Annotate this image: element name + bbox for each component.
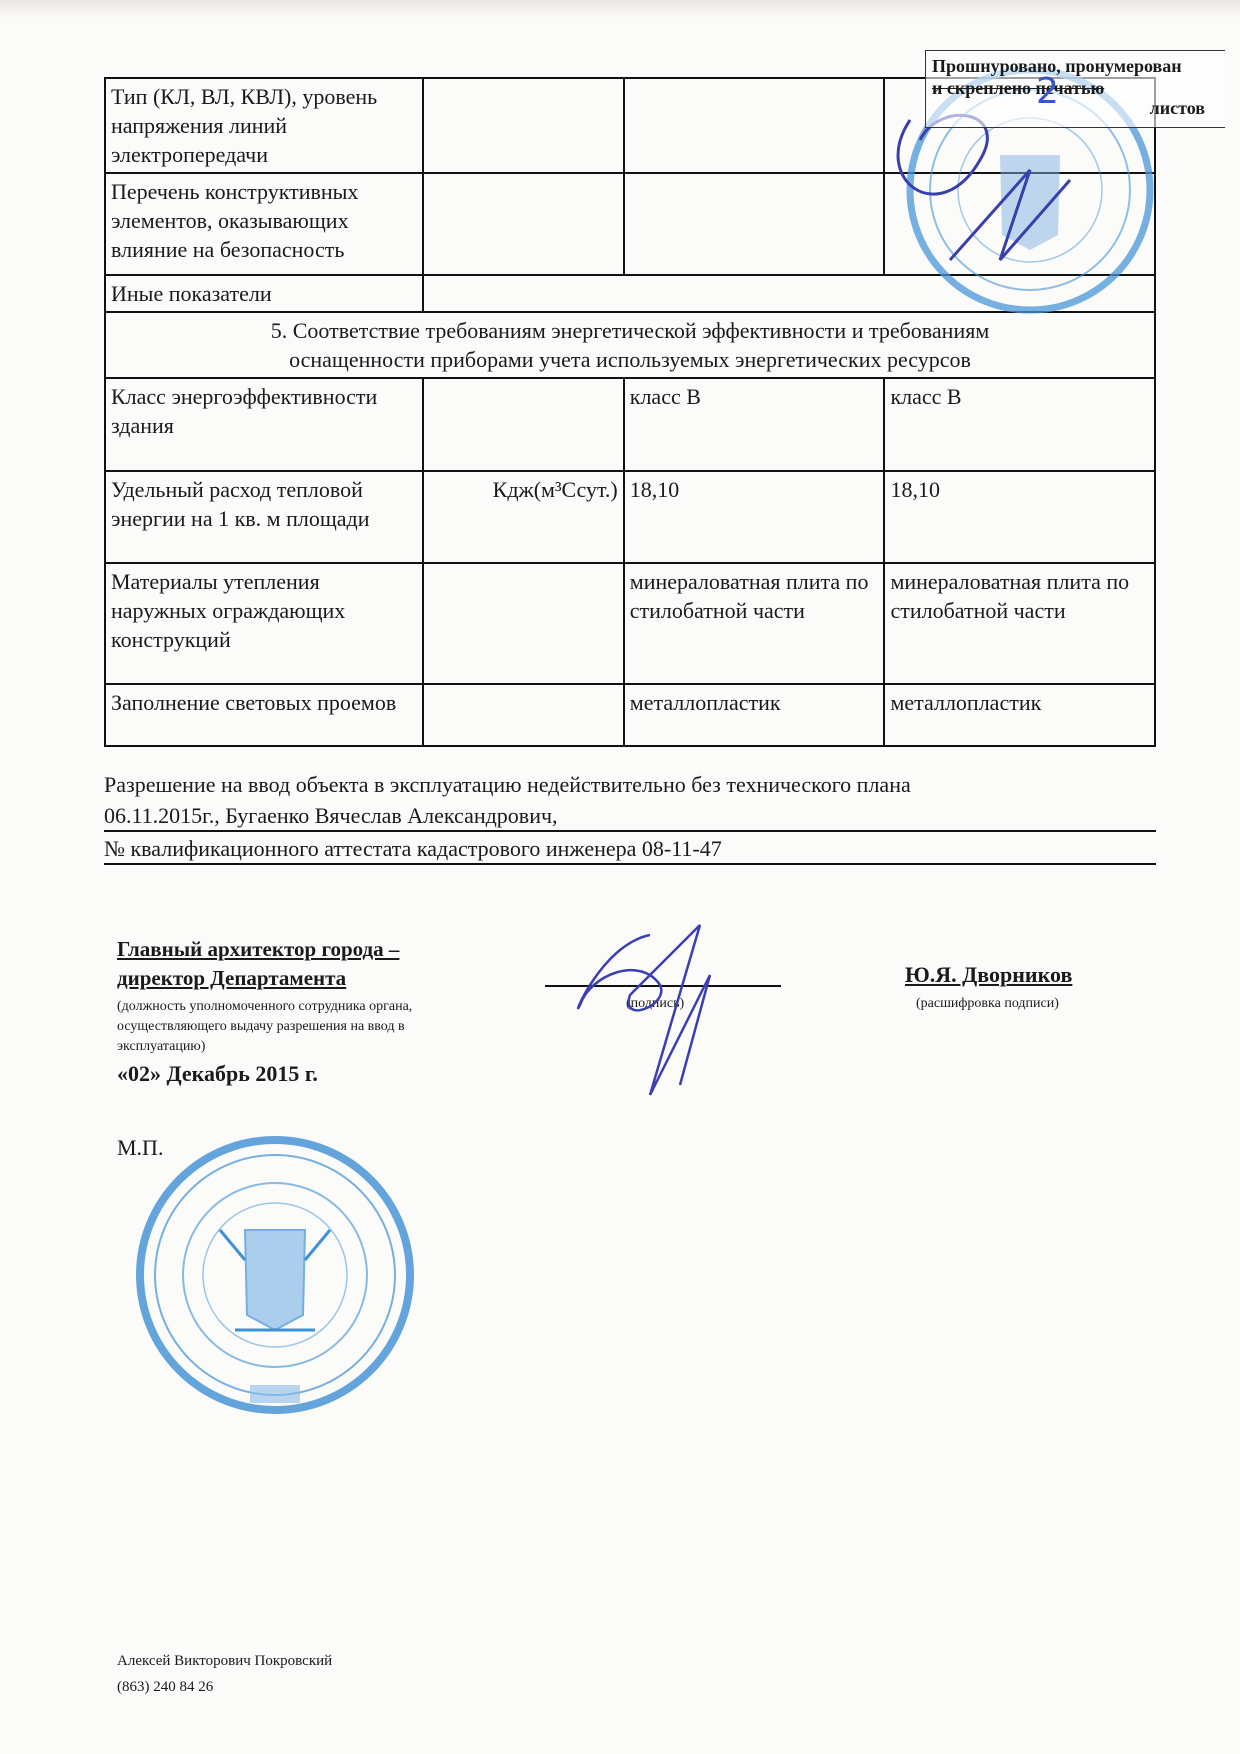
row-project <box>624 173 885 275</box>
row-label: Класс энергоэффективности здания <box>105 378 423 471</box>
row-label: Тип (КЛ, ВЛ, КВЛ), уровень напряжения ли… <box>105 78 423 173</box>
position-caption: (должность уполномоченного сотрудника ор… <box>117 997 447 1057</box>
row-label: Заполнение световых проемов <box>105 684 423 746</box>
row-unit <box>423 78 624 173</box>
row-actual: класс В <box>884 378 1155 471</box>
row-actual: металлопластик <box>884 684 1155 746</box>
signatory-caption: (расшифровка подписи) <box>916 996 1059 1012</box>
position-line1: Главный архитектор города – <box>117 935 447 964</box>
issue-date: «02» Декабрь 2015 г. <box>117 1061 447 1087</box>
official-position: Главный архитектор города – директор Деп… <box>117 935 447 1087</box>
note-certificate: № квалификационного аттестата кадастрово… <box>104 832 1156 865</box>
row-project <box>624 78 885 173</box>
row-project: класс В <box>624 378 885 471</box>
row-label: Удельный расход тепловой энергии на 1 кв… <box>105 471 423 563</box>
row-actual: минераловатная плита по стилобатной част… <box>884 563 1155 684</box>
section-header-row: 5. Соответствие требованиям энергетическ… <box>105 312 1155 378</box>
handwritten-signature-icon <box>560 915 790 1105</box>
contact-phone: (863) 240 84 26 <box>117 1674 332 1700</box>
row-unit <box>423 173 624 275</box>
row-project: 18,10 <box>624 471 885 563</box>
binding-stamp: Прошнуровано, пронумерован и скреплено п… <box>925 50 1225 128</box>
row-label: Иные показатели <box>105 275 423 312</box>
row-label: Материалы утепления наружных ограждающих… <box>105 563 423 684</box>
notes: Разрешение на ввод объекта в эксплуатаци… <box>104 768 1156 865</box>
position-line2: директор Департамента <box>117 964 447 993</box>
row-unit <box>423 378 624 471</box>
row-project: минераловатная плита по стилобатной част… <box>624 563 885 684</box>
signatory-name: Ю.Я. Дворников <box>905 962 1072 988</box>
table-row: Материалы утепления наружных ограждающих… <box>105 563 1155 684</box>
row-unit <box>423 684 624 746</box>
sheets-label: листов <box>1150 97 1205 119</box>
row-project: металлопластик <box>624 684 885 746</box>
official-seal-icon <box>120 1130 420 1420</box>
table-row: Класс энергоэффективности здания класс В… <box>105 378 1155 471</box>
scan-edge <box>0 0 1240 18</box>
row-unit: Кдж(м³Ссут.) <box>423 471 624 563</box>
sheets-count: 2 <box>1036 81 1059 103</box>
row-unit <box>423 563 624 684</box>
row-actual: 18,10 <box>884 471 1155 563</box>
table-row: Заполнение световых проемов металлопласт… <box>105 684 1155 746</box>
section-5-title: 5. Соответствие требованиям энергетическ… <box>105 312 1155 378</box>
binding-stamp-line1: Прошнуровано, пронумерован <box>932 55 1219 77</box>
binding-stamp-line2: и скреплено печатью <box>932 77 1219 99</box>
row-label: Перечень конструктивных элементов, оказы… <box>105 173 423 275</box>
note-engineer: 06.11.2015г., Бугаенко Вячеслав Александ… <box>104 799 1156 832</box>
note-technical-plan: Разрешение на ввод объекта в эксплуатаци… <box>104 768 1156 799</box>
footer-contact: Алексей Викторович Покровский (863) 240 … <box>117 1648 332 1700</box>
table-row: Удельный расход тепловой энергии на 1 кв… <box>105 471 1155 563</box>
contact-name: Алексей Викторович Покровский <box>117 1648 332 1674</box>
